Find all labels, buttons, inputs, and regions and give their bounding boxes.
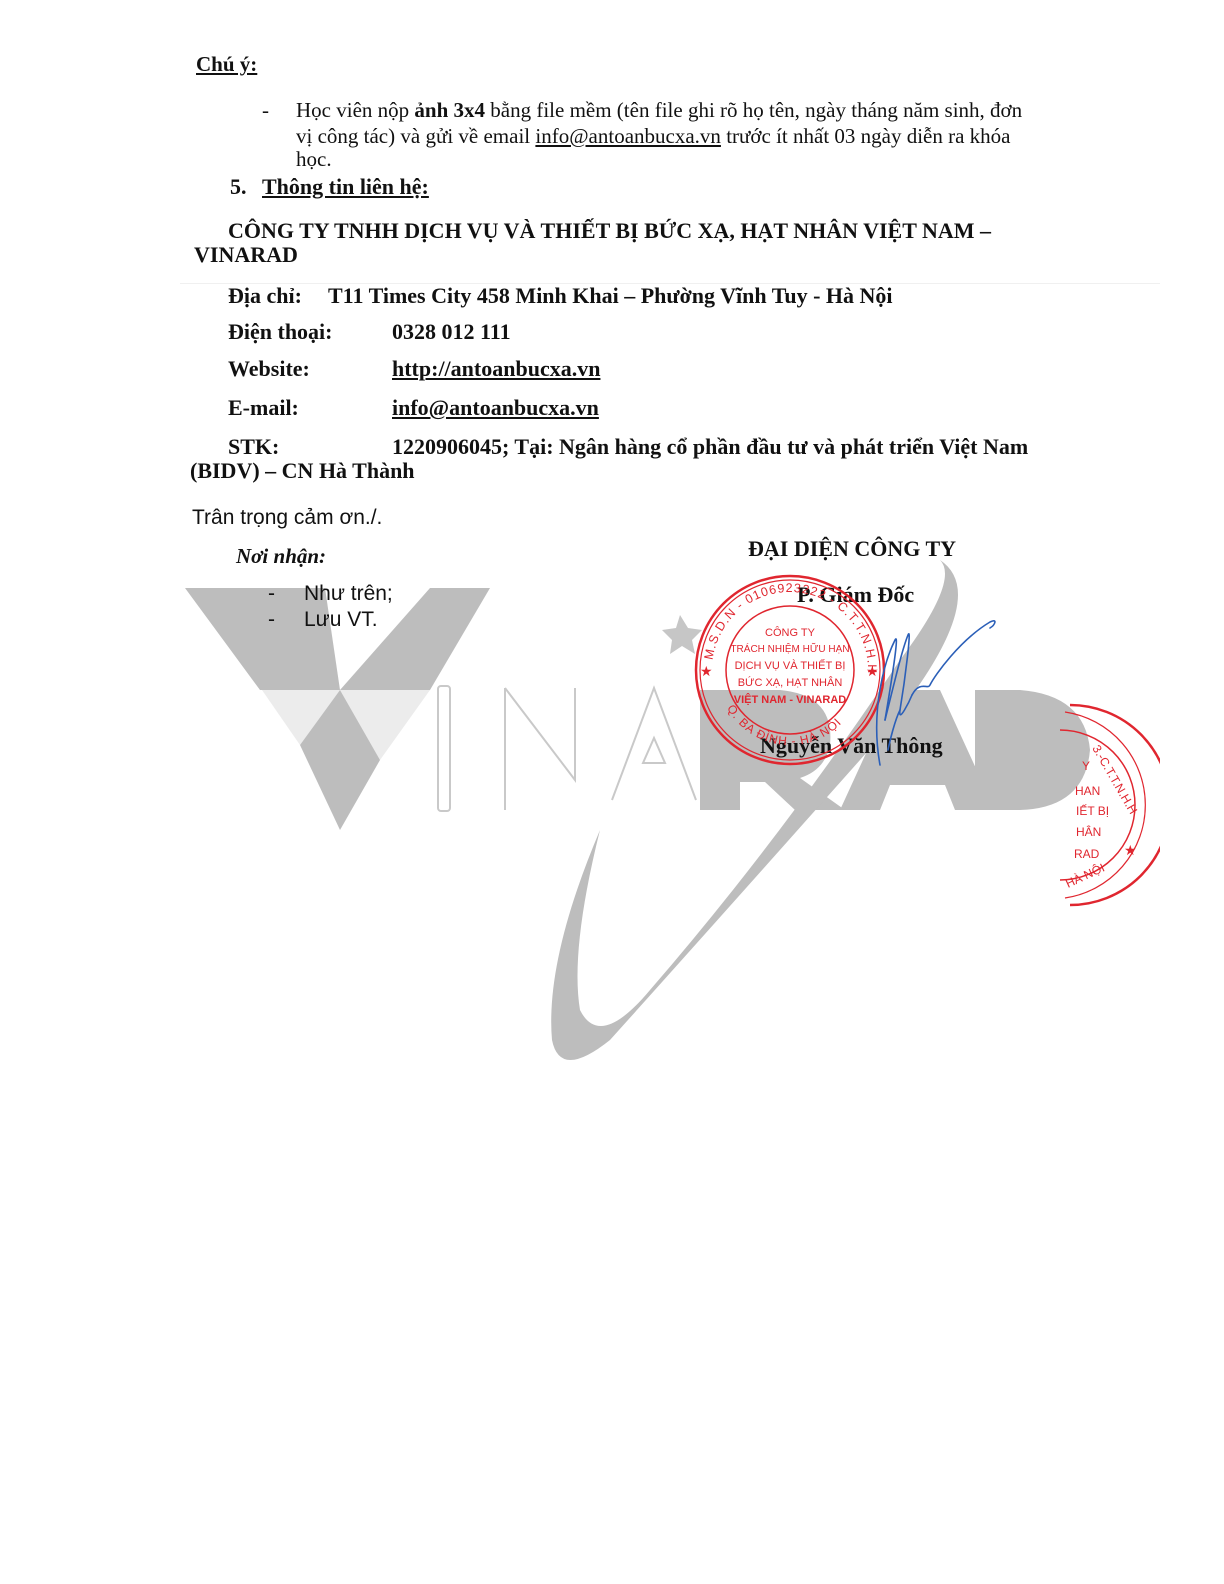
- email-label: E-mail:: [228, 395, 299, 421]
- email-link[interactable]: info@antoanbucxa.vn: [392, 395, 599, 421]
- website-link[interactable]: http://antoanbucxa.vn: [392, 356, 600, 382]
- stamp-outer-bottom-text: Q. BA ĐÌNH - HÀ NỘI: [724, 702, 844, 748]
- note-line-1: Học viên nộp ảnh 3x4 bằng file mềm (tên …: [296, 98, 1022, 123]
- recipient-item-2: Lưu VT.: [304, 608, 378, 632]
- document-page: Chú ý: - Học viên nộp ảnh 3x4 bằng file …: [0, 0, 1224, 1584]
- svg-text:RAD: RAD: [1074, 847, 1100, 861]
- recipient-item-1: Như trên;: [304, 582, 393, 606]
- recipient-dash-2: -: [268, 608, 275, 632]
- note-line2-post: trước ít nhất 03 ngày diễn ra khóa: [721, 124, 1011, 148]
- account-value-line-2: (BIDV) – CN Hà Thành: [190, 458, 415, 484]
- account-value-line-1: 1220906045; Tại: Ngân hàng cổ phần đầu t…: [392, 434, 1028, 460]
- signature-title: ĐẠI DIỆN CÔNG TY: [748, 536, 956, 562]
- svg-text:Y: Y: [1082, 759, 1090, 773]
- note-line-3: học.: [296, 147, 332, 172]
- company-name-line-1: CÔNG TY TNHH DỊCH VỤ VÀ THIẾT BỊ BỨC XẠ,…: [228, 218, 991, 244]
- stamp-line-3: DỊCH VỤ VÀ THIẾT BỊ: [735, 659, 846, 672]
- phone-value: 0328 012 111: [392, 319, 511, 345]
- note-line1-bold: ảnh 3x4: [414, 98, 485, 122]
- company-name-line-2: VINARAD: [194, 242, 298, 268]
- note-line2-pre: vị công tác) và gửi về email: [296, 124, 535, 148]
- handwritten-signature: [840, 600, 1010, 780]
- partial-seal-stamp: 3.-C.T.T.N.H.H Y HAN IẾT BỊ HÂN RAD HÀ N…: [1040, 700, 1160, 915]
- note-bullet-dash: -: [262, 98, 269, 123]
- stamp-line-1: CÔNG TY: [765, 626, 816, 639]
- svg-text:★: ★: [1124, 842, 1137, 858]
- note-heading: Chú ý:: [196, 52, 257, 77]
- svg-text:Q. BA ĐÌNH - HÀ NỘI: Q. BA ĐÌNH - HÀ NỘI: [724, 702, 844, 748]
- svg-text:HAN: HAN: [1075, 784, 1100, 798]
- note-line1-pre: Học viên nộp: [296, 98, 414, 122]
- phone-label: Điện thoại:: [228, 319, 333, 345]
- svg-text:HÂN: HÂN: [1076, 824, 1101, 839]
- recipients-title: Nơi nhận:: [236, 544, 326, 569]
- stamp-star-left: ★: [700, 663, 713, 679]
- stamp-line-5: VIỆT NAM - VINARAD: [734, 693, 847, 706]
- note-email-link[interactable]: info@antoanbucxa.vn: [535, 124, 721, 148]
- note-line-2: vị công tác) và gửi về email info@antoan…: [296, 124, 1011, 149]
- website-label: Website:: [228, 356, 310, 382]
- contact-section-title: Thông tin liên hệ:: [262, 174, 429, 200]
- stamp-line-4: BỨC XẠ, HẠT NHÂN: [738, 676, 843, 689]
- svg-text:IẾT BỊ: IẾT BỊ: [1076, 803, 1109, 818]
- account-label: STK:: [228, 434, 279, 460]
- note-line1-post: bằng file mềm (tên file ghi rõ họ tên, n…: [485, 98, 1022, 122]
- stamp-line-2: TRÁCH NHIỆM HỮU HẠN: [730, 642, 849, 655]
- address-value: T11 Times City 458 Minh Khai – Phường Vĩ…: [328, 283, 893, 309]
- closing-thanks: Trân trọng cảm ơn./.: [192, 506, 382, 530]
- contact-section-number: 5.: [230, 174, 247, 200]
- recipient-dash-1: -: [268, 582, 275, 606]
- address-label: Địa chỉ:: [228, 283, 302, 309]
